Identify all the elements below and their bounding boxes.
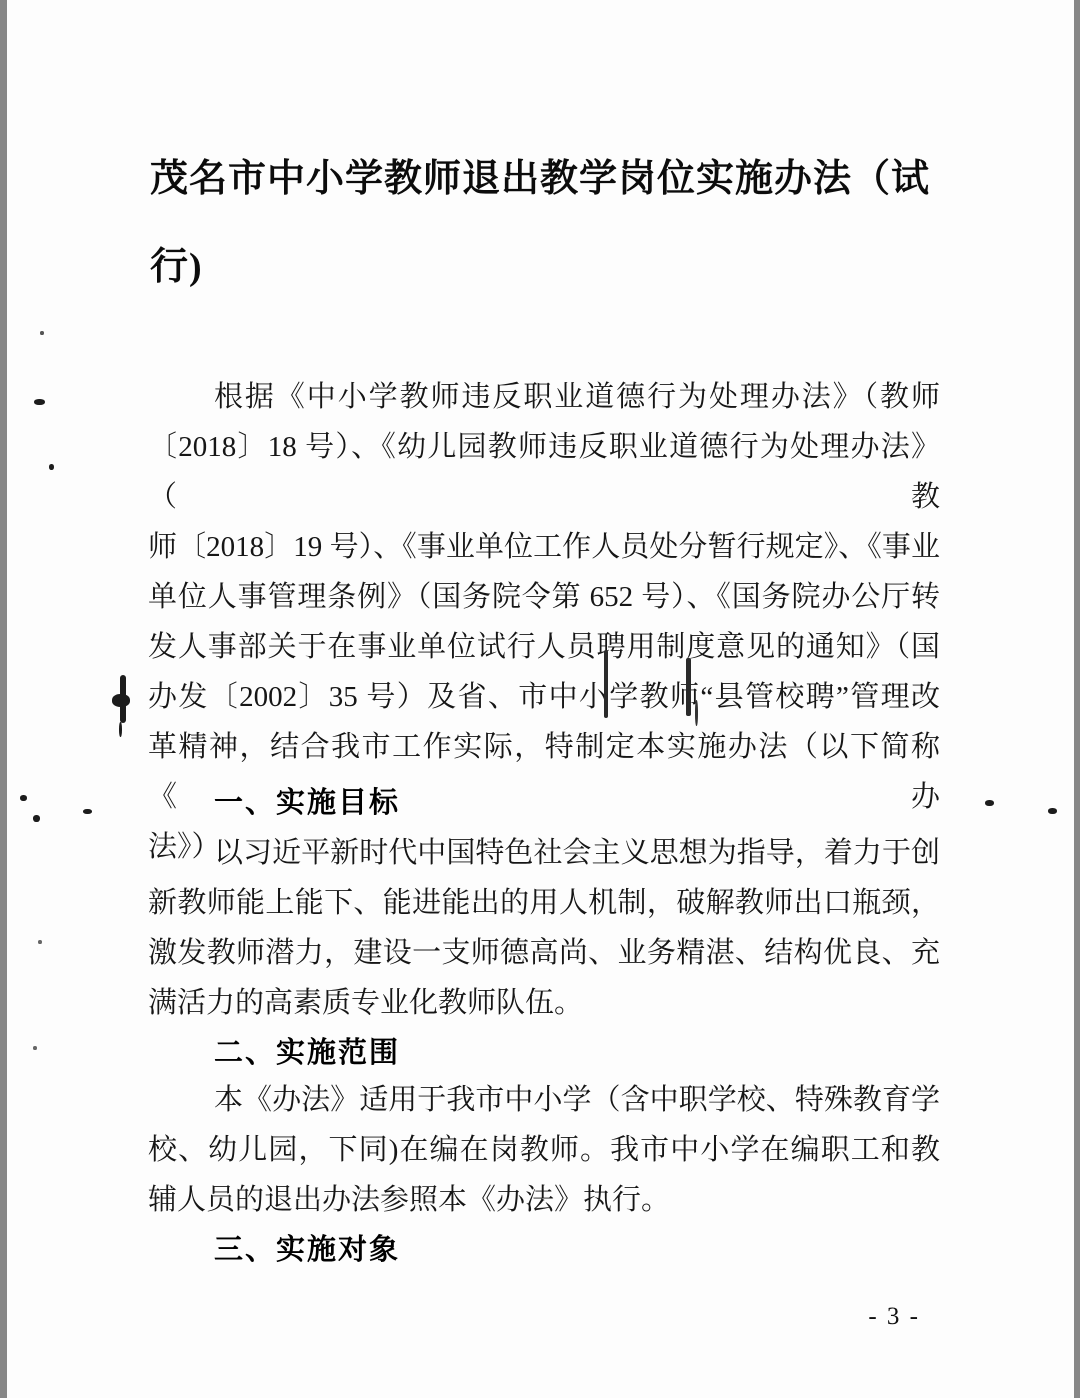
text-line: 单位人事管理条例》（国务院令第 652 号）、《国务院办公厅转 (148, 572, 940, 622)
scan-streak (686, 658, 691, 716)
text-line: 本《办法》适用于我市中小学（含中职学校、特殊教育学 (148, 1075, 940, 1125)
text-line: 新教师能上能下、能进能出的用人机制，破解教师出口瓶颈， (148, 878, 940, 928)
text-line: 满活力的高素质专业化教师队伍。 (148, 978, 940, 1028)
document-title-line1: 茂名市中小学教师退出教学岗位实施办法（试 (150, 135, 950, 223)
scan-speckle (1048, 808, 1057, 814)
scan-ink-blotch (119, 722, 122, 737)
section1-paragraph: 以习近平新时代中国特色社会主义思想为指导，着力于创 新教师能上能下、能进能出的用… (148, 828, 940, 1028)
scan-edge-right (1074, 0, 1080, 1398)
document-title-line2: 行) (150, 223, 950, 311)
scan-speckle (34, 399, 45, 405)
text-line: 发人事部关于在事业单位试行人员聘用制度意见的通知》（国 (148, 622, 940, 672)
scan-speckle (33, 1046, 37, 1050)
scan-speckle (49, 464, 54, 470)
text-line: 辅人员的退出办法参照本《办法》执行。 (148, 1175, 940, 1225)
scan-speckle (985, 800, 994, 806)
section2-heading: 二、实施范围 (148, 1028, 940, 1078)
text-line: 办发〔2002〕35 号）及省、市中小学教师“县管校聘”管理改 (148, 672, 940, 722)
text-line: 激发教师潜力，建设一支师德高尚、业务精湛、结构优良、充 (148, 928, 940, 978)
scan-speckle (40, 331, 44, 335)
section1-heading: 一、实施目标 (148, 778, 940, 828)
scan-streak (695, 700, 698, 726)
scan-speckle (38, 940, 42, 944)
text-line: 师〔2018〕19 号）、《事业单位工作人员处分暂行规定》、《事业 (148, 522, 940, 572)
scan-edge-left (0, 0, 7, 1398)
text-line: 校、幼儿园，下同)在编在岗教师。我市中小学在编职工和教 (148, 1125, 940, 1175)
text-line: 以习近平新时代中国特色社会主义思想为指导，着力于创 (148, 828, 940, 878)
scan-speckle (83, 809, 92, 814)
scan-speckle (33, 815, 40, 822)
scanned-document-page: 茂名市中小学教师退出教学岗位实施办法（试 行) 根据《中小学教师违反职业道德行为… (0, 0, 1080, 1398)
scan-streak (604, 650, 608, 718)
scan-ink-blotch (112, 694, 130, 707)
text-line: 根据《中小学教师违反职业道德行为处理办法》（教师 (148, 372, 940, 422)
section2-paragraph: 本《办法》适用于我市中小学（含中职学校、特殊教育学 校、幼儿园，下同)在编在岗教… (148, 1075, 940, 1225)
section3-heading: 三、实施对象 (148, 1225, 940, 1275)
page-number: - 3 - (790, 1302, 920, 1332)
scan-speckle (20, 795, 27, 801)
document-title: 茂名市中小学教师退出教学岗位实施办法（试 行) (150, 135, 950, 311)
text-line: 〔2018〕18 号）、《幼儿园教师违反职业道德行为处理办法》（教 (148, 422, 940, 522)
